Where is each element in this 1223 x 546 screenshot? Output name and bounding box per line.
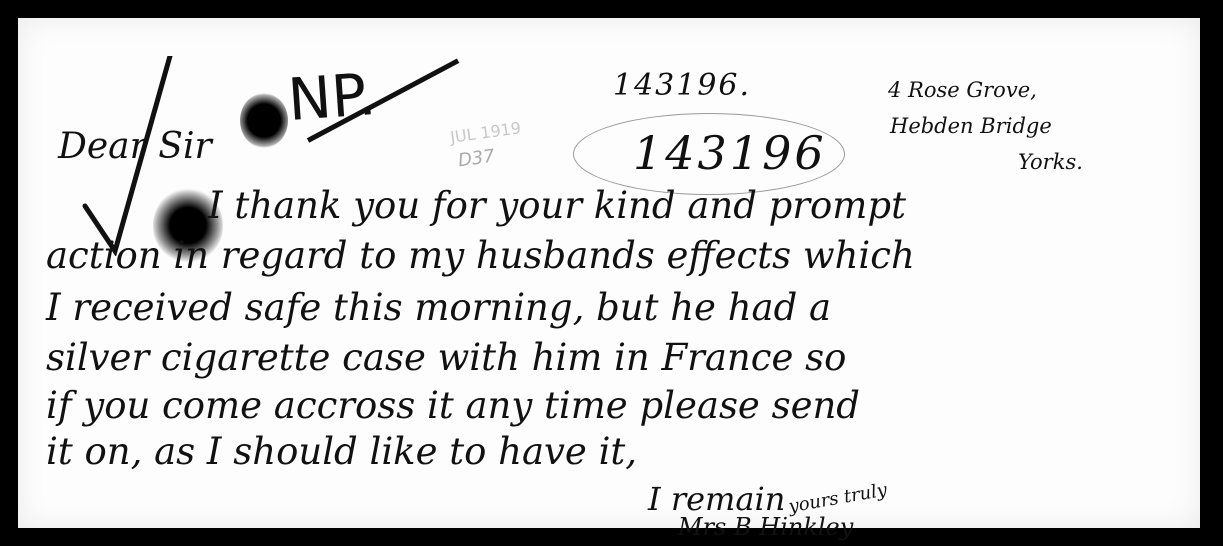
- salutation: Dear Sir: [58, 126, 212, 167]
- initials-annotation: NP.: [286, 60, 378, 134]
- body-line: I thank you for your kind and prompt: [208, 184, 906, 227]
- closing-yours: yours truly: [787, 480, 889, 518]
- reference-number-top: 143196.: [613, 68, 751, 103]
- body-line: I received safe this morning, but he had…: [46, 286, 831, 329]
- letter-paper: NP. JUL 1919 D37 143196. 143196 4 Rose G…: [18, 18, 1200, 528]
- address-line-1: 4 Rose Grove,: [888, 78, 1037, 102]
- body-line: it on, as I should like to have it,: [46, 430, 637, 473]
- body-line: silver cigarette case with him in France…: [46, 336, 846, 379]
- body-line: if you come accross it any time please s…: [46, 384, 860, 427]
- signature: Mrs B Hinkley: [678, 513, 853, 541]
- stamp-code: D37: [457, 146, 496, 172]
- address-line-2: Hebden Bridge: [890, 114, 1052, 138]
- date-stamp: JUL 1919: [449, 118, 522, 147]
- reference-number-circled: 143196: [633, 126, 827, 180]
- ink-blot: [240, 93, 288, 148]
- body-line: action in regard to my husbands effects …: [46, 234, 915, 277]
- address-line-3: Yorks.: [1018, 150, 1083, 174]
